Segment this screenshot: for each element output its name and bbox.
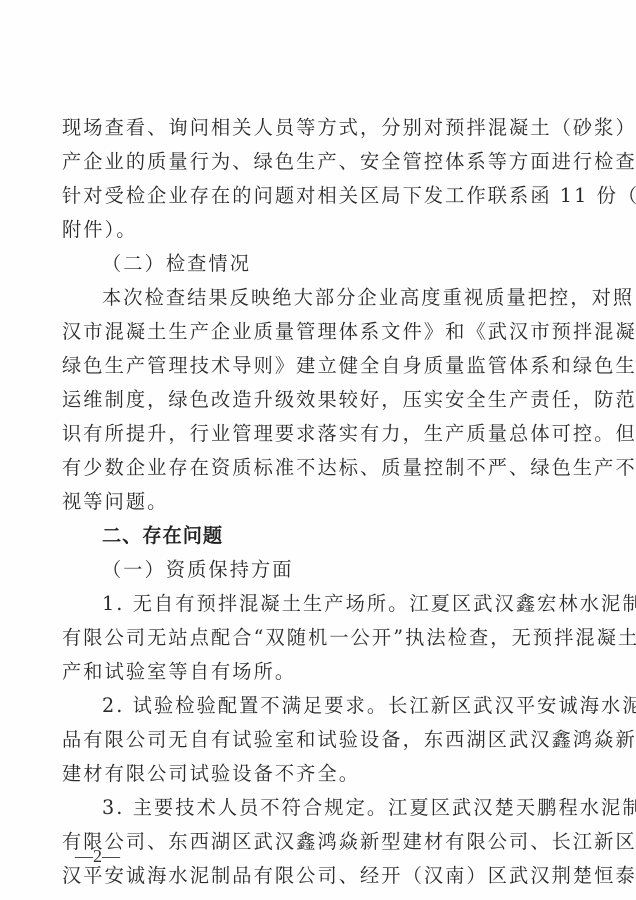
text-line: 运维制度，绿色改造升级效果较好，压实安全生产责任，防范意 [62,383,552,417]
heading-text: （一）资质保持方面 [62,553,552,587]
heading-text: 二、存在问题 [62,519,552,553]
paragraph-inspection-results: 本次检查结果反映绝大部分企业高度重视质量把控，对照《武 汉市混凝土生产企业质量管… [62,281,552,519]
document-page: 现场查看、询问相关人员等方式，分别对预拌混凝土（砂浆）生 产企业的质量行为、绿色… [0,0,636,900]
text-line: 现场查看、询问相关人员等方式，分别对预拌混凝土（砂浆）生 [62,111,552,145]
paragraph-intro-continued: 现场查看、询问相关人员等方式，分别对预拌混凝土（砂浆）生 产企业的质量行为、绿色… [62,111,552,247]
page-number: —2— [75,846,120,867]
text-line: 视等问题。 [62,485,552,519]
text-line: 3. 主要技术人员不符合规定。江夏区武汉楚天鹏程水泥制品 [62,791,552,825]
text-line: 建材有限公司试验设备不齐全。 [62,757,552,791]
text-line: 针对受检企业存在的问题对相关区局下发工作联系函 11 份（详见 [62,179,552,213]
text-line: 产企业的质量行为、绿色生产、安全管控体系等方面进行检查， [62,145,552,179]
text-line: 1. 无自有预拌混凝土生产场所。江夏区武汉鑫宏林水泥制品 [62,587,552,621]
text-line: 品有限公司无自有试验室和试验设备，东西湖区武汉鑫鸿焱新型 [62,723,552,757]
text-line: 识有所提升，行业管理要求落实有力，生产质量总体可控。但仍 [62,417,552,451]
heading-text: （二）检查情况 [62,247,552,281]
text-line: 本次检查结果反映绝大部分企业高度重视质量把控，对照《武 [62,281,552,315]
text-line: 绿色生产管理技术导则》建立健全自身质量监管体系和绿色生产 [62,349,552,383]
subheading-qualification: （一）资质保持方面 [62,553,552,587]
paragraph-item-2: 2. 试验检验配置不满足要求。长江新区武汉平安诚海水泥制 品有限公司无自有试验室… [62,689,552,791]
text-line: 有限公司、东西湖区武汉鑫鸿焱新型建材有限公司、长江新区武 [62,825,552,859]
section-heading-existing-problems: 二、存在问题 [62,519,552,553]
text-line: 产和试验室等自有场所。 [62,655,552,689]
text-line: 汉市混凝土生产企业质量管理体系文件》和《武汉市预拌混凝土 [62,315,552,349]
text-line: 汉平安诚海水泥制品有限公司、经开（汉南）区武汉荆楚恒泰新 [62,859,552,893]
text-line: 2. 试验检验配置不满足要求。长江新区武汉平安诚海水泥制 [62,689,552,723]
paragraph-item-3: 3. 主要技术人员不符合规定。江夏区武汉楚天鹏程水泥制品 有限公司、东西湖区武汉… [62,791,552,893]
text-line: 有少数企业存在资质标准不达标、质量控制不严、绿色生产不重 [62,451,552,485]
text-line: 附件）。 [62,213,552,247]
text-line: 有限公司无站点配合“双随机一公开”执法检查，无预拌混凝土生 [62,621,552,655]
paragraph-item-1: 1. 无自有预拌混凝土生产场所。江夏区武汉鑫宏林水泥制品 有限公司无站点配合“双… [62,587,552,689]
document-body: 现场查看、询问相关人员等方式，分别对预拌混凝土（砂浆）生 产企业的质量行为、绿色… [62,111,552,893]
subheading-inspection-status: （二）检查情况 [62,247,552,281]
